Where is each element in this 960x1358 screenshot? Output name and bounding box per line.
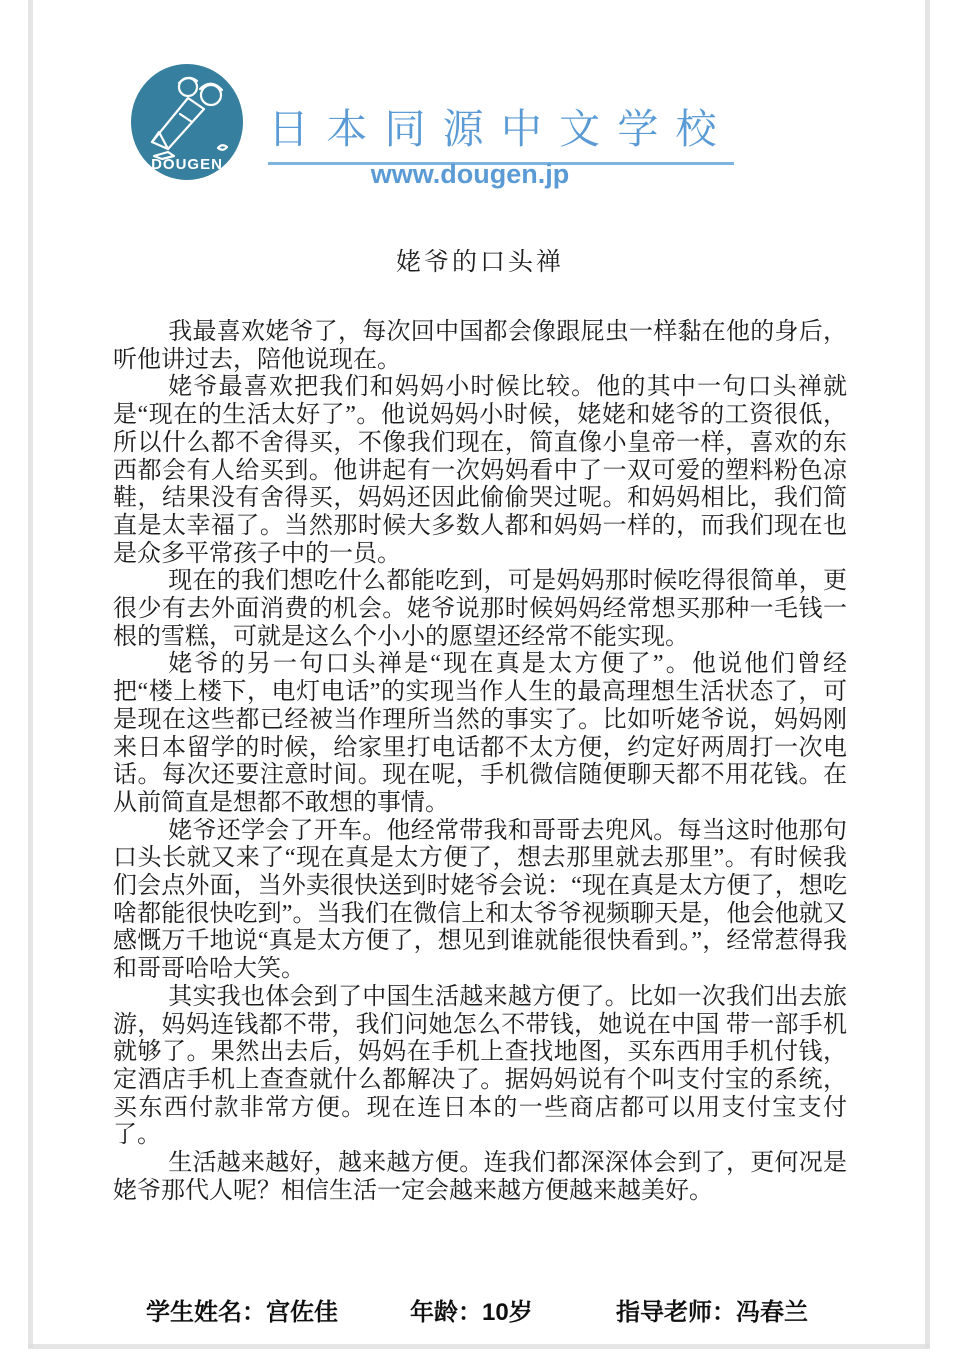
school-website-url: www.dougen.jp xyxy=(240,159,700,190)
essay-body: 我最喜欢姥爷了，每次回中国都会像跟屁虫一样黏在他的身后，听他讲过去，陪他说现在。… xyxy=(113,319,847,1206)
teacher-name: 指导老师：冯春兰 xyxy=(616,1292,808,1327)
essay-paragraph: 其实我也体会到了中国生活越来越方便了。比如一次我们出去旅游，妈妈连钱都不带，我们… xyxy=(113,984,847,1150)
essay-paragraph: 现在的我们想吃什么都能吃到，可是妈妈那时候吃得很简单，更很少有去外面消费的机会。… xyxy=(113,568,847,651)
essay-paragraph: 我最喜欢姥爷了，每次回中国都会像跟屁虫一样黏在他的身后，听他讲过去，陪他说现在。 xyxy=(113,319,847,374)
page-edge-left xyxy=(28,0,33,1348)
essay-paragraph: 姥爷的另一句口头禅是“现在真是太方便了”。他说他们曾经把“楼上楼下，电灯电话”的… xyxy=(113,651,847,817)
logo-label: DOUGEN xyxy=(151,156,223,173)
dougen-logo: DOUGEN xyxy=(130,62,244,182)
student-age: 年龄：10岁 xyxy=(410,1292,533,1327)
page-edge-bottom xyxy=(28,1344,930,1349)
student-info-row: 学生姓名：宫佐佳 年龄：10岁 指导老师：冯春兰 xyxy=(0,1292,960,1328)
essay-paragraph: 生活越来越好，越来越方便。连我们都深深体会到了，更何况是姥爷那代人呢？相信生活一… xyxy=(113,1150,847,1205)
school-name: 日本同源中文学校 xyxy=(268,96,734,165)
page-edge-right xyxy=(925,0,930,1348)
dougen-logo-icon: DOUGEN xyxy=(130,62,244,182)
student-name: 学生姓名：宫佐佳 xyxy=(146,1292,338,1327)
essay-paragraph: 姥爷最喜欢把我们和妈妈小时候比较。他的其中一句口头禅就是“现在的生活太好了”。他… xyxy=(113,374,847,568)
essay-title: 姥爷的口头禅 xyxy=(0,242,960,278)
essay-paragraph: 姥爷还学会了开车。他经常带我和哥哥去兜风。每当这时他那句口头长就又来了“现在真是… xyxy=(113,818,847,984)
